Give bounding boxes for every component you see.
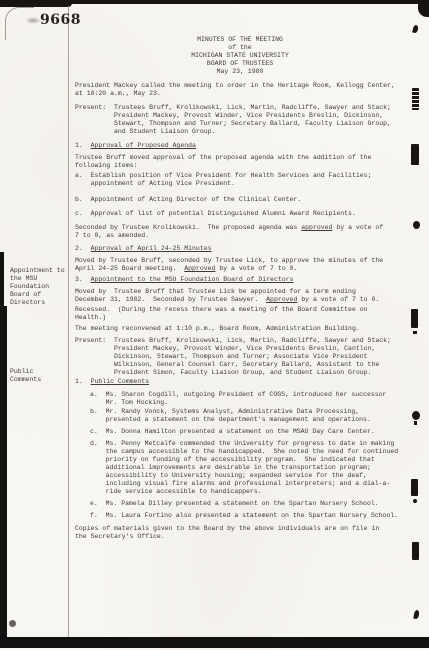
margin-rule: [68, 6, 69, 640]
agenda-intro-paragraph: Trustee Bruff moved approval of the prop…: [75, 154, 371, 170]
underlined-word: Approved: [184, 265, 215, 272]
text: Seconded by Trustee Krolikowski. The pro…: [75, 224, 301, 231]
scan-edge-bottom: [0, 637, 429, 648]
heading-title: Appointment to the MSU Foundation Board …: [91, 276, 294, 283]
scan-mark: [9, 620, 16, 627]
scan-mark: [412, 25, 419, 34]
heading-public-comments: 1.Public Comments: [75, 378, 149, 386]
scan-mark: [411, 479, 418, 496]
comment-item-f: f. Ms. Laura Fortino also presented a st…: [90, 512, 398, 520]
attendance-afternoon: Present: Trustees Bruff, Krolikowski, Li…: [75, 337, 391, 377]
comment-item-e: e. Ms. Pamela Dilley presented a stateme…: [90, 500, 379, 508]
heading-title: Public Comments: [91, 378, 150, 385]
margin-note-public-comments: Public Comments: [10, 368, 68, 384]
scan-mark: [412, 88, 419, 110]
heading-approval-of-minutes: 2.Approval of April 24-25 Minutes: [75, 245, 212, 253]
scan-mark: [411, 309, 418, 328]
scan-mark: [413, 221, 420, 229]
scan-mark: [413, 331, 417, 334]
minutes-motion-paragraph: Moved by Trustee Bruff, seconded by Trus…: [75, 257, 383, 273]
scanned-minutes-page: 9668 Appointment to the MSU Foundation B…: [0, 0, 429, 650]
scan-edge-top-left: [0, 0, 72, 7]
agenda-item-c: c. Approval of list of potential Disting…: [75, 210, 356, 218]
ink-smudge: [25, 17, 41, 24]
underlined-word: Approved: [266, 296, 297, 303]
heading-approval-of-agenda: 1.Approval of Proposed Agenda: [75, 142, 196, 150]
heading-title: Approval of Proposed Agenda: [91, 142, 196, 149]
agenda-approval-paragraph: Seconded by Trustee Krolikowski. The pro…: [75, 224, 383, 240]
comment-item-a: a. Ms. Sharon Cogdill, outgoing Presiden…: [90, 391, 386, 407]
agenda-item-a: a. Establish position of Vice President …: [75, 172, 371, 188]
heading-number: 3.: [75, 276, 83, 283]
heading-foundation-appointment: 3.Appointment to the MSU Foundation Boar…: [75, 276, 293, 284]
text: by a vote of 7 to 0.: [215, 265, 297, 272]
foundation-motion-paragraph: Moved by Trustee Bruff that Trustee Lick…: [75, 288, 379, 304]
scan-mark: [412, 411, 420, 420]
scan-mark: [412, 542, 419, 560]
agenda-item-b: b. Appointment of Acting Director of the…: [75, 196, 301, 204]
scan-mark: [414, 421, 417, 425]
recess-paragraph: Recessed. (During the recess there was a…: [75, 306, 368, 322]
scan-mark: [411, 144, 419, 165]
document-title: MINUTES OF THE MEETING of the MICHIGAN S…: [75, 36, 405, 76]
heading-number: 1.: [75, 142, 83, 149]
scan-mark: [413, 499, 417, 503]
opening-paragraph: President Mackey called the meeting to o…: [75, 82, 395, 98]
underlined-word: approved: [301, 224, 332, 231]
comment-item-c: c. Ms. Donna Hamilton presented a statem…: [90, 428, 375, 436]
comment-item-d: d. Ms. Penny Metcalfe commended the Univ…: [90, 440, 398, 496]
attendance-morning: Present: Trustees Bruff, Krolikowski, Li…: [75, 104, 391, 136]
closing-paragraph: Copies of materials given to the Board b…: [75, 525, 379, 541]
heading-title: Approval of April 24-25 Minutes: [91, 245, 212, 252]
heading-number: 2.: [75, 245, 83, 252]
text: by a vote of 7 to 0.: [297, 296, 379, 303]
scan-edge-left-bar: [0, 306, 7, 637]
scan-edge-top-right: [418, 0, 429, 17]
margin-note-foundation-appointment: Appointment to the MSU Foundation Board …: [10, 267, 68, 307]
page-number: 9668: [40, 12, 81, 28]
heading-number: 1.: [75, 378, 83, 385]
scan-edge-left-bar: [0, 252, 4, 314]
scan-mark: [413, 610, 419, 620]
comment-item-b: b. Mr. Randy Vonck, Systems Analyst, Adm…: [90, 408, 371, 424]
reconvene-paragraph: The meeting reconvened at 1:10 p.m., Boa…: [75, 325, 360, 333]
